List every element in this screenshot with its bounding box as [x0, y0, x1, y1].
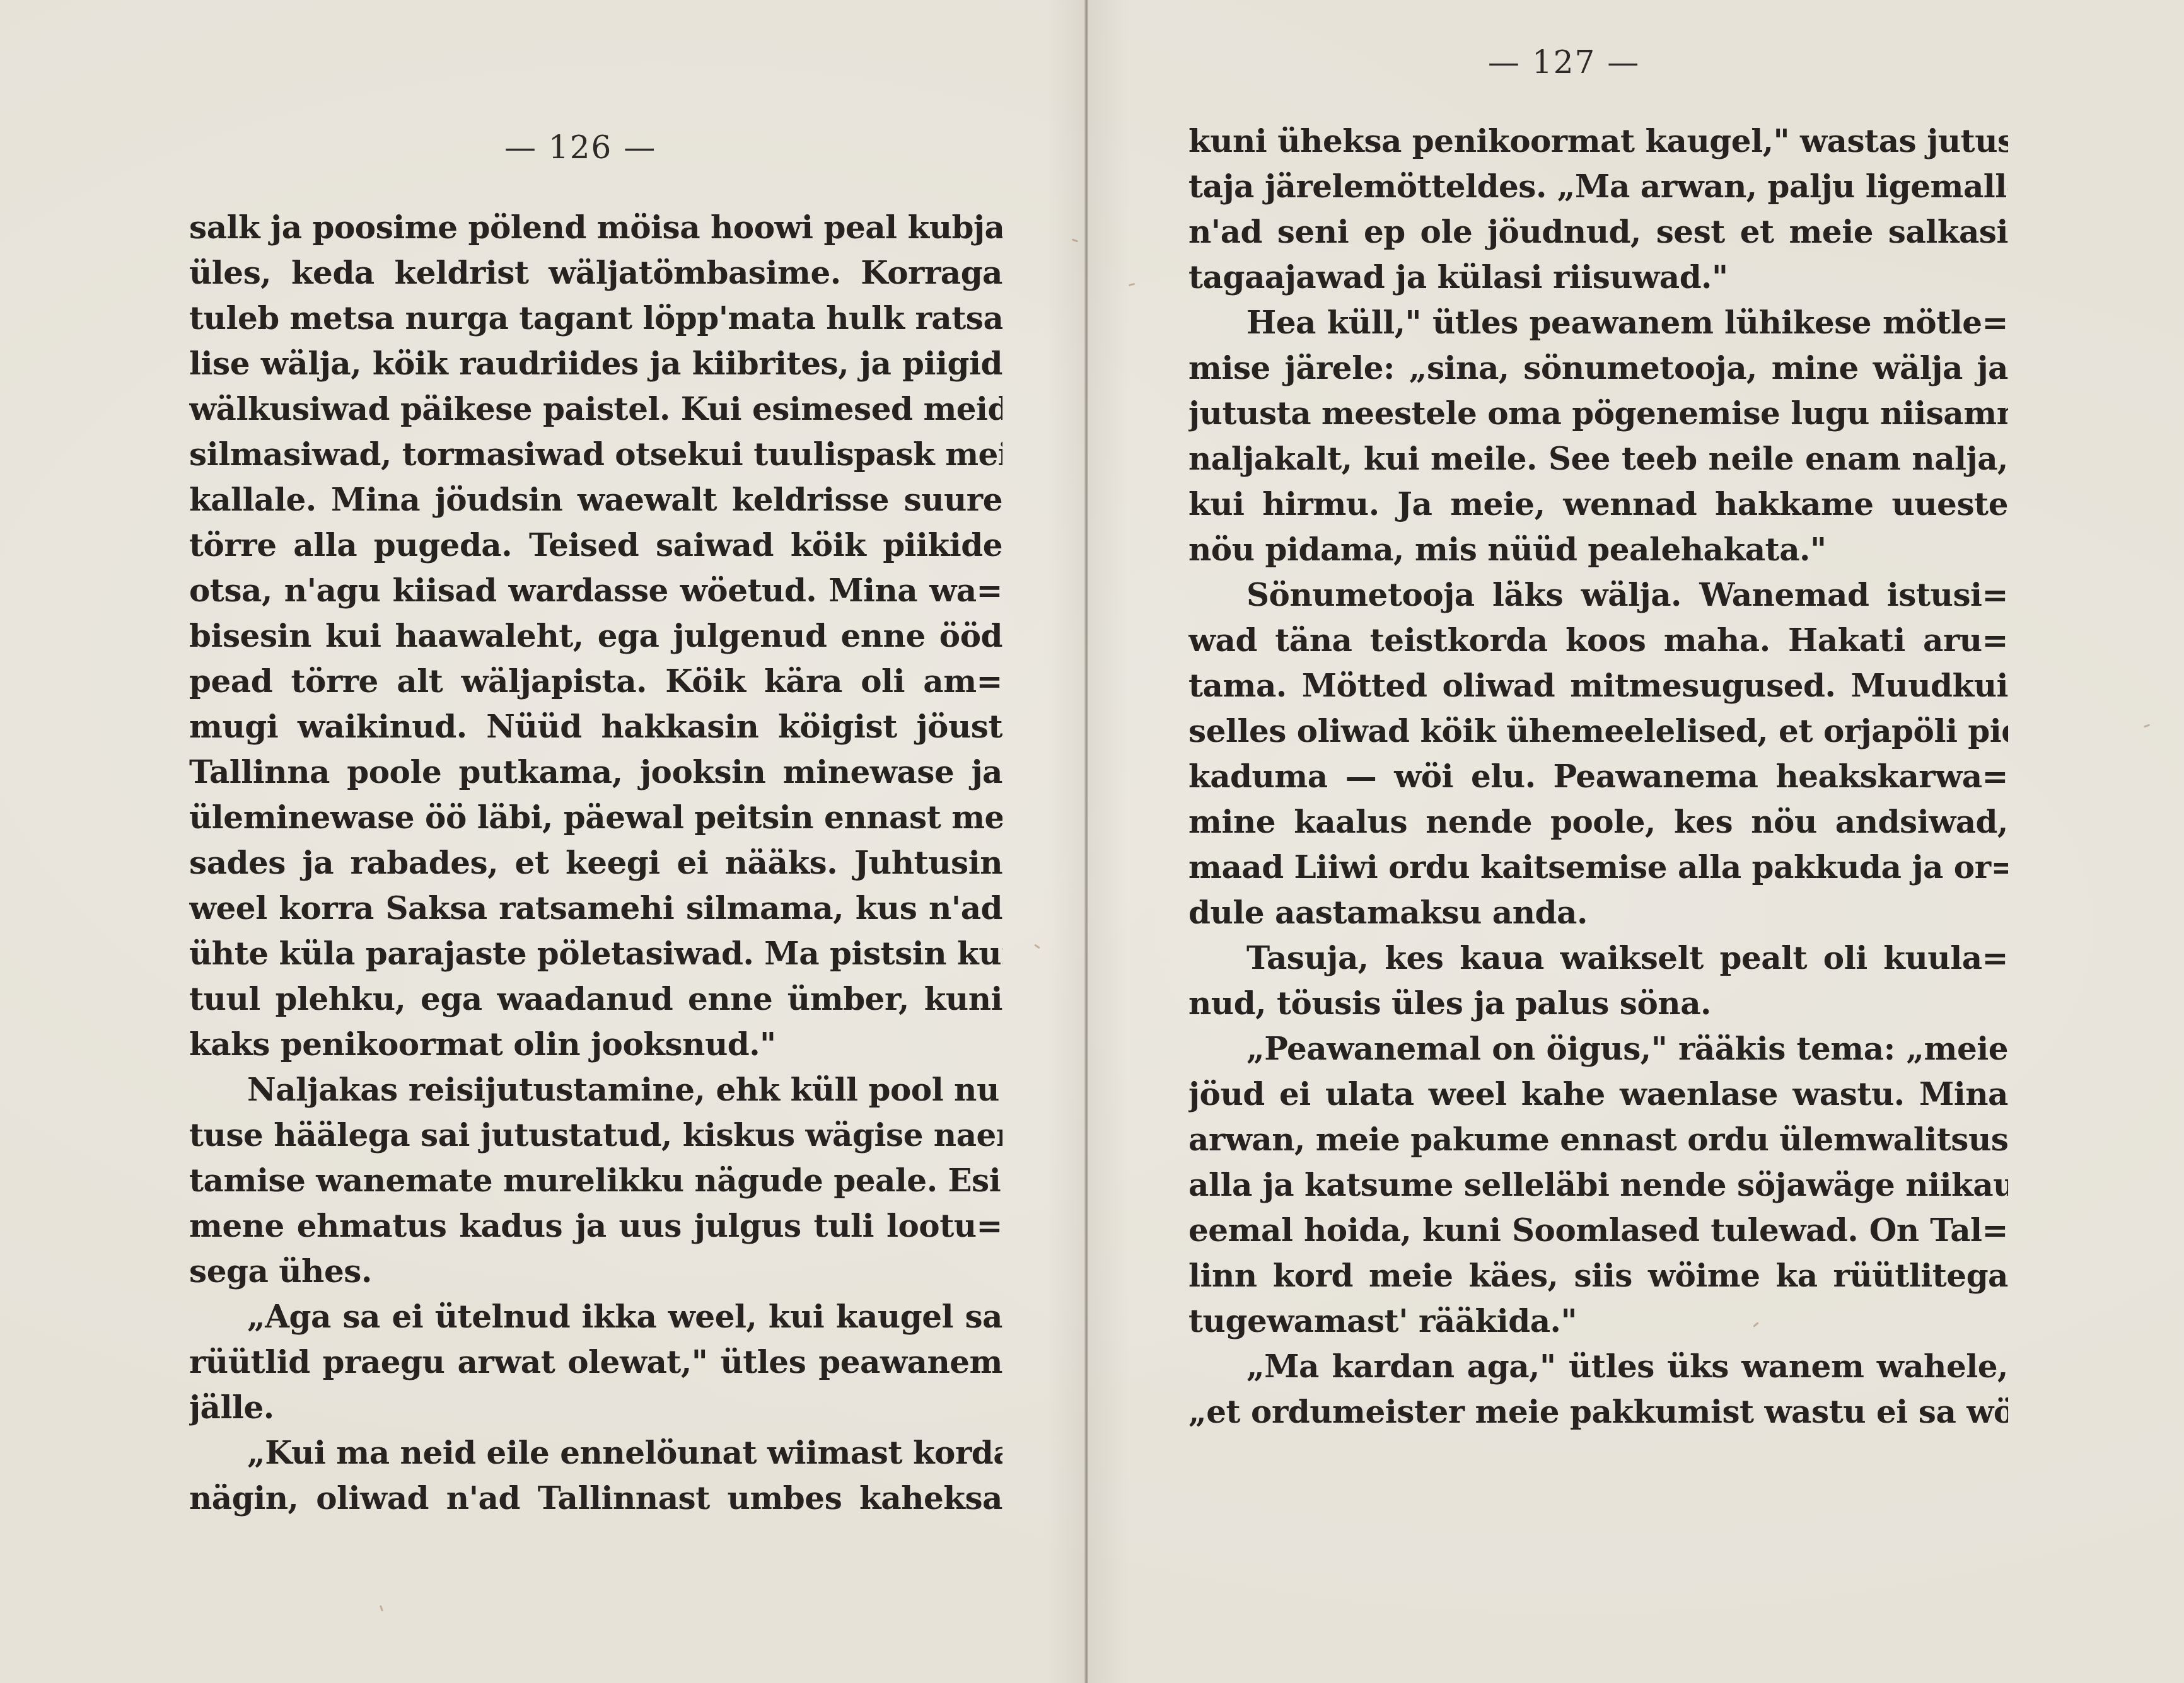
right-page: — 127 — kuni üheksa penikoormat kaugel,"… [1088, 0, 2184, 1683]
text-line: mugi waikinud. Nüüd hakkasin köigist jöu… [189, 704, 1002, 749]
text-line: taja järelemötteldes. „Ma arwan, palju l… [1188, 164, 2008, 209]
text-line: linn kord meie käes, siis wöime ka rüütl… [1188, 1253, 2008, 1298]
text-line: salk ja poosime pölend möisa hoowi peal … [189, 205, 1002, 250]
text-line: üles, keda keldrist wäljatömbasime. Korr… [189, 250, 1002, 296]
text-line: sega ühes. [189, 1249, 1002, 1294]
text-line: kaduma — wöi elu. Peawanema heakskarwa= [1188, 754, 2008, 799]
text-line: n'ad seni ep ole jöudnud, sest et meie s… [1188, 209, 2008, 255]
text-line: Tallinna poole putkama, jooksin minewase… [189, 749, 1002, 795]
text-line: ühte küla parajaste pöletasiwad. Ma pist… [189, 931, 1002, 976]
book-spread: — 126 — salk ja poosime pölend möisa hoo… [0, 0, 2184, 1683]
page-number-left: — 126 — [504, 129, 656, 166]
text-line: nud, töusis üles ja palus söna. [1188, 981, 2008, 1026]
left-page-text: salk ja poosime pölend möisa hoowi peal … [189, 205, 1002, 1521]
text-line: „Aga sa ei ütelnud ikka weel, kui kaugel… [189, 1294, 1002, 1339]
text-line: Sönumetooja läks wälja. Wanemad istusi= [1188, 572, 2008, 618]
text-line: tuse häälega sai jutustatud, kiskus wägi… [189, 1113, 1002, 1158]
text-line: jälle. [189, 1385, 1002, 1430]
text-line: sades ja rabades, et keegi ei nääks. Juh… [189, 840, 1002, 886]
text-line: kallale. Mina jöudsin waewalt keldrisse … [189, 477, 1002, 523]
text-line: „Kui ma neid eile ennelöunat wiimast kor… [189, 1430, 1002, 1476]
text-line: Hea küll," ütles peawanem lühikese mötle… [1188, 300, 2008, 345]
text-line: nöu pidama, mis nüüd pealehakata." [1188, 527, 2008, 572]
text-line: „Ma kardan aga," ütles üks wanem wahele, [1188, 1344, 2008, 1389]
text-line: kaks penikoormat olin jooksnud." [189, 1022, 1002, 1067]
text-line: mine kaalus nende poole, kes nöu andsiwa… [1188, 799, 2008, 845]
text-line: tuul plehku, ega waadanud enne ümber, ku… [189, 976, 1002, 1022]
text-line: Tasuja, kes kaua waikselt pealt oli kuul… [1188, 935, 2008, 981]
text-line: nägin, oliwad n'ad Tallinnast umbes kahe… [189, 1476, 1002, 1521]
text-line: pead törre alt wäljapista. Köik kära oli… [189, 659, 1002, 704]
right-page-text: kuni üheksa penikoormat kaugel," wastas … [1188, 119, 2008, 1435]
text-line: weel korra Saksa ratsamehi silmama, kus … [189, 886, 1002, 931]
text-line: mene ehmatus kadus ja uus julgus tuli lo… [189, 1203, 1002, 1249]
text-line: maad Liiwi ordu kaitsemise alla pakkuda … [1188, 845, 2008, 890]
text-line: tama. Mötted oliwad mitmesugused. Muudku… [1188, 663, 2008, 708]
text-line: tamise wanemate murelikku nägude peale. … [189, 1158, 1002, 1203]
text-line: arwan, meie pakume ennast ordu ülemwalit… [1188, 1117, 2008, 1162]
text-line: törre alla pugeda. Teised saiwad köik pi… [189, 523, 1002, 568]
text-line: tuleb metsa nurga tagant löpp'mata hulk … [189, 296, 1002, 341]
text-line: silmasiwad, tormasiwad otsekui tuulispas… [189, 432, 1002, 477]
text-line: kui hirmu. Ja meie, wennad hakkame uuest… [1188, 482, 2008, 527]
text-line: rüütlid praegu arwat olewat," ütles peaw… [189, 1339, 1002, 1385]
text-line: „et ordumeister meie pakkumist wastu ei … [1188, 1389, 2008, 1435]
text-line: lise wälja, köik raudriides ja kiibrites… [189, 341, 1002, 386]
text-line: Naljakas reisijutustamine, ehk küll pool… [189, 1067, 1002, 1113]
text-line: tagaajawad ja külasi riisuwad." [1188, 255, 2008, 300]
page-number-right: — 127 — [1488, 44, 1640, 81]
text-line: naljakalt, kui meile. See teeb neile ena… [1188, 436, 2008, 482]
text-line: otsa, n'agu kiisad wardasse wöetud. Mina… [189, 568, 1002, 613]
text-line: alla ja katsume selleläbi nende söjawäge… [1188, 1162, 2008, 1208]
text-line: wad täna teistkorda koos maha. Hakati ar… [1188, 618, 2008, 663]
left-page: — 126 — salk ja poosime pölend möisa hoo… [0, 0, 1086, 1683]
text-line: üleminewase öö läbi, päewal peitsin enna… [189, 795, 1002, 840]
text-line: wälkusiwad päikese paistel. Kui esimesed… [189, 386, 1002, 432]
text-line: jutusta meestele oma pögenemise lugu nii… [1188, 391, 2008, 436]
text-line: eemal hoida, kuni Soomlased tulewad. On … [1188, 1208, 2008, 1253]
text-line: dule aastamaksu anda. [1188, 890, 2008, 935]
text-line: selles oliwad köik ühemeelelised, et orj… [1188, 708, 2008, 754]
text-line: „Peawanemal on öigus," rääkis tema: „mei… [1188, 1026, 2008, 1072]
text-line: bisesin kui haawaleht, ega julgenud enne… [189, 613, 1002, 659]
text-line: tugewamast' rääkida." [1188, 1298, 2008, 1344]
text-line: jöud ei ulata weel kahe waenlase wastu. … [1188, 1072, 2008, 1117]
text-line: mise järele: „sina, sönumetooja, mine wä… [1188, 345, 2008, 391]
text-line: kuni üheksa penikoormat kaugel," wastas … [1188, 119, 2008, 164]
